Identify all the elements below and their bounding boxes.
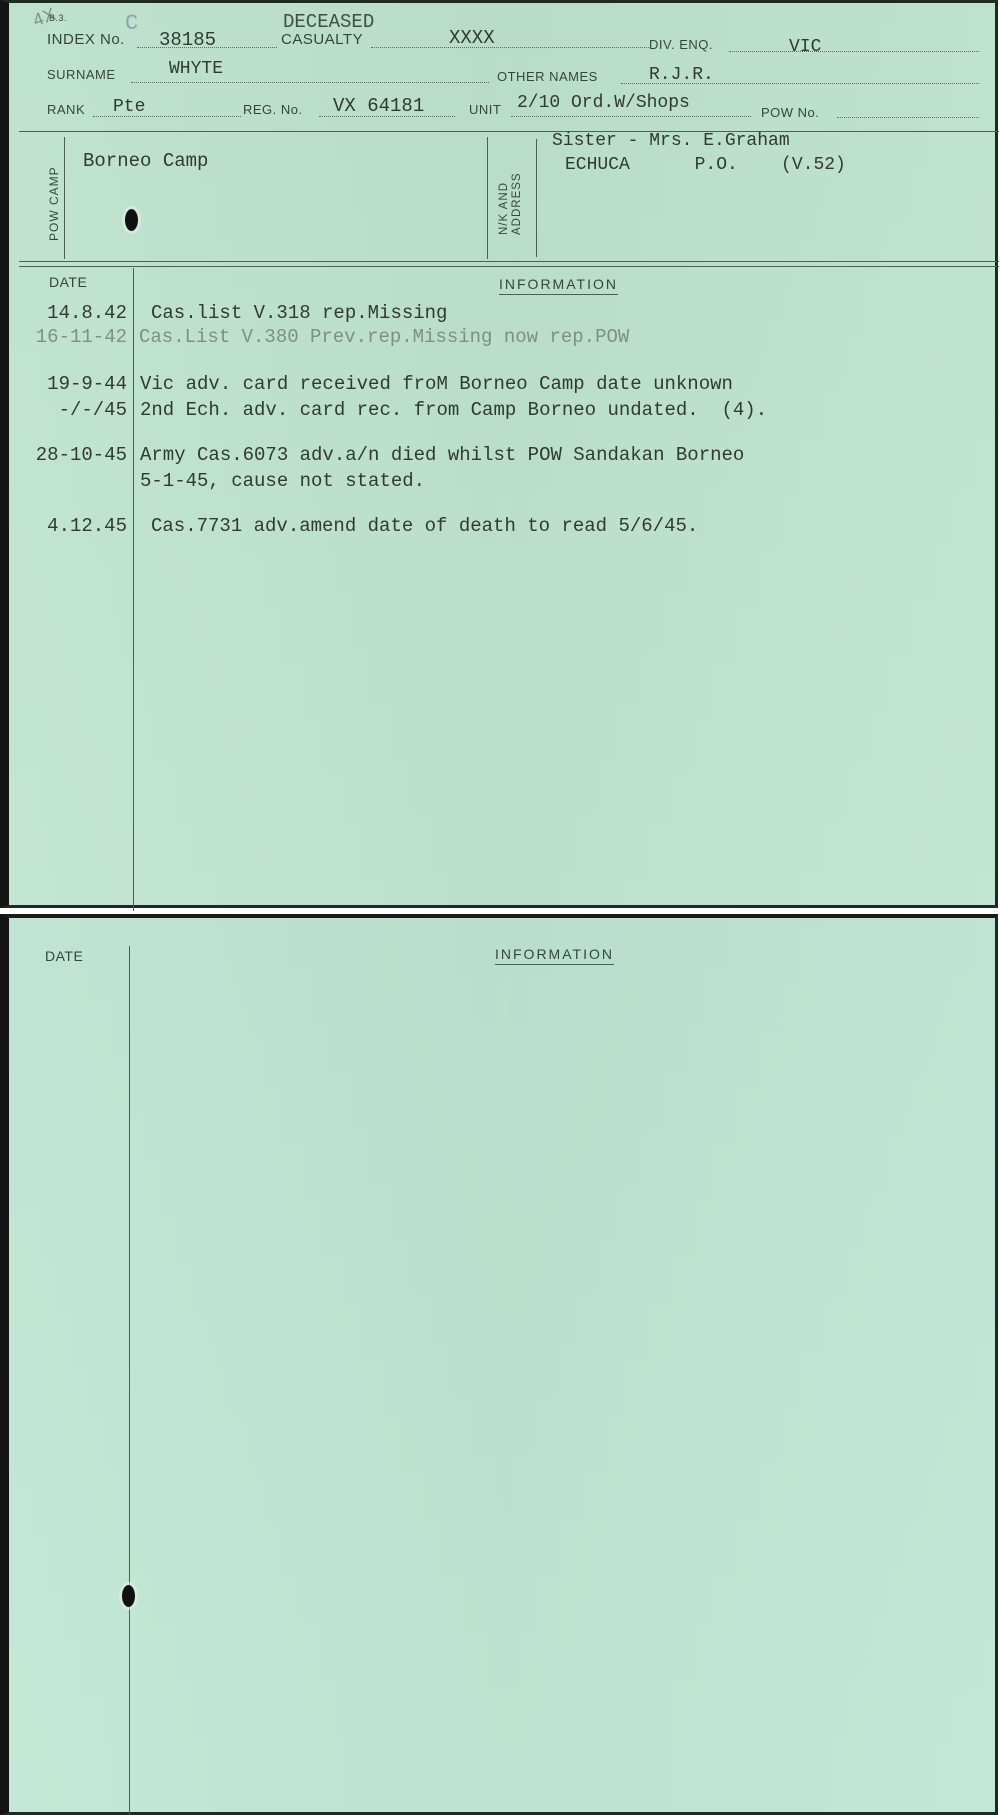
nok-left-divider xyxy=(487,137,488,259)
entry-date: 28-10-45 xyxy=(36,444,127,466)
casualty-label: CASUALTY xyxy=(281,31,363,48)
nok-label: N/K ANDADDRESS xyxy=(498,172,524,235)
reg-no-value: VX 64181 xyxy=(333,95,424,117)
unit-label: UNIT xyxy=(469,102,501,117)
surname-line xyxy=(131,82,489,83)
record-card-back: DATE INFORMATION xyxy=(0,914,998,1815)
nok-label-line2: ADDRESS xyxy=(511,172,523,235)
div-enq-label: DIV. ENQ. xyxy=(649,37,713,52)
back-date-column-divider xyxy=(129,946,130,1815)
form-code: B.3. xyxy=(49,13,67,23)
pow-camp-divider xyxy=(64,137,65,259)
pow-no-label: POW No. xyxy=(761,105,819,120)
entry-information: 2nd Ech. adv. card rec. from Camp Borneo… xyxy=(140,399,767,421)
deceased-stamp: DECEASED xyxy=(283,11,374,33)
header-divider xyxy=(19,131,999,132)
other-names-value: R.J.R. xyxy=(649,65,714,85)
rank-label: RANK xyxy=(47,102,85,117)
entry-date: 4.12.45 xyxy=(47,515,127,537)
entry-date: 16-11-42 xyxy=(36,326,127,348)
surname-value: WHYTE xyxy=(169,59,223,79)
nok-right-divider xyxy=(536,139,537,257)
entry-date: -/-/45 xyxy=(59,399,127,421)
double-rule-bottom xyxy=(19,266,999,267)
back-information-header: INFORMATION xyxy=(495,946,614,965)
index-prefix-letter: C xyxy=(125,11,138,36)
nok-line-1: Sister - Mrs. E.Graham xyxy=(552,131,790,151)
date-column-divider xyxy=(133,268,134,911)
entry-information: Cas.list V.318 rep.Missing xyxy=(151,302,447,324)
entry-information: 5-1-45, cause not stated. xyxy=(140,470,425,492)
pow-camp-label: POW CAMP xyxy=(47,166,61,241)
index-no-label: INDEX No. xyxy=(47,31,125,48)
entry-information: Vic adv. card received froM Borneo Camp … xyxy=(140,373,733,395)
date-header: DATE xyxy=(49,274,87,290)
information-header: INFORMATION xyxy=(499,276,618,295)
record-card-front: 4X B.3. INDEX No. C 38185 CASUALTY DECEA… xyxy=(0,0,998,908)
entry-date: 14.8.42 xyxy=(47,302,127,324)
entry-information: Cas.7731 adv.amend date of death to read… xyxy=(151,515,698,537)
entry-information: Cas.List V.380 Prev.rep.Missing now rep.… xyxy=(139,326,629,348)
casualty-line xyxy=(371,47,651,48)
back-date-header: DATE xyxy=(45,948,83,964)
unit-line xyxy=(511,116,751,117)
other-names-label: OTHER NAMES xyxy=(497,69,598,84)
div-enq-value: VIC xyxy=(789,37,821,57)
nok-line-2: ECHUCA P.O. (V.52) xyxy=(565,155,846,175)
reg-no-label: REG. No. xyxy=(243,102,303,117)
div-enq-line xyxy=(729,51,979,52)
double-rule-top xyxy=(19,261,999,262)
index-no-value: 38185 xyxy=(159,29,216,51)
surname-label: SURNAME xyxy=(47,67,116,82)
casualty-value: XXXX xyxy=(449,27,495,49)
unit-value: 2/10 Ord.W/Shops xyxy=(517,93,690,113)
pow-no-line xyxy=(837,117,979,118)
entry-date: 19-9-44 xyxy=(47,373,127,395)
punch-hole xyxy=(125,209,138,231)
punch-hole-back xyxy=(122,1585,135,1607)
pow-camp-value: Borneo Camp xyxy=(83,150,208,172)
entry-information: Army Cas.6073 adv.a/n died whilst POW Sa… xyxy=(140,444,744,466)
rank-value: Pte xyxy=(113,97,145,117)
nok-label-line1: N/K AND xyxy=(498,182,510,235)
